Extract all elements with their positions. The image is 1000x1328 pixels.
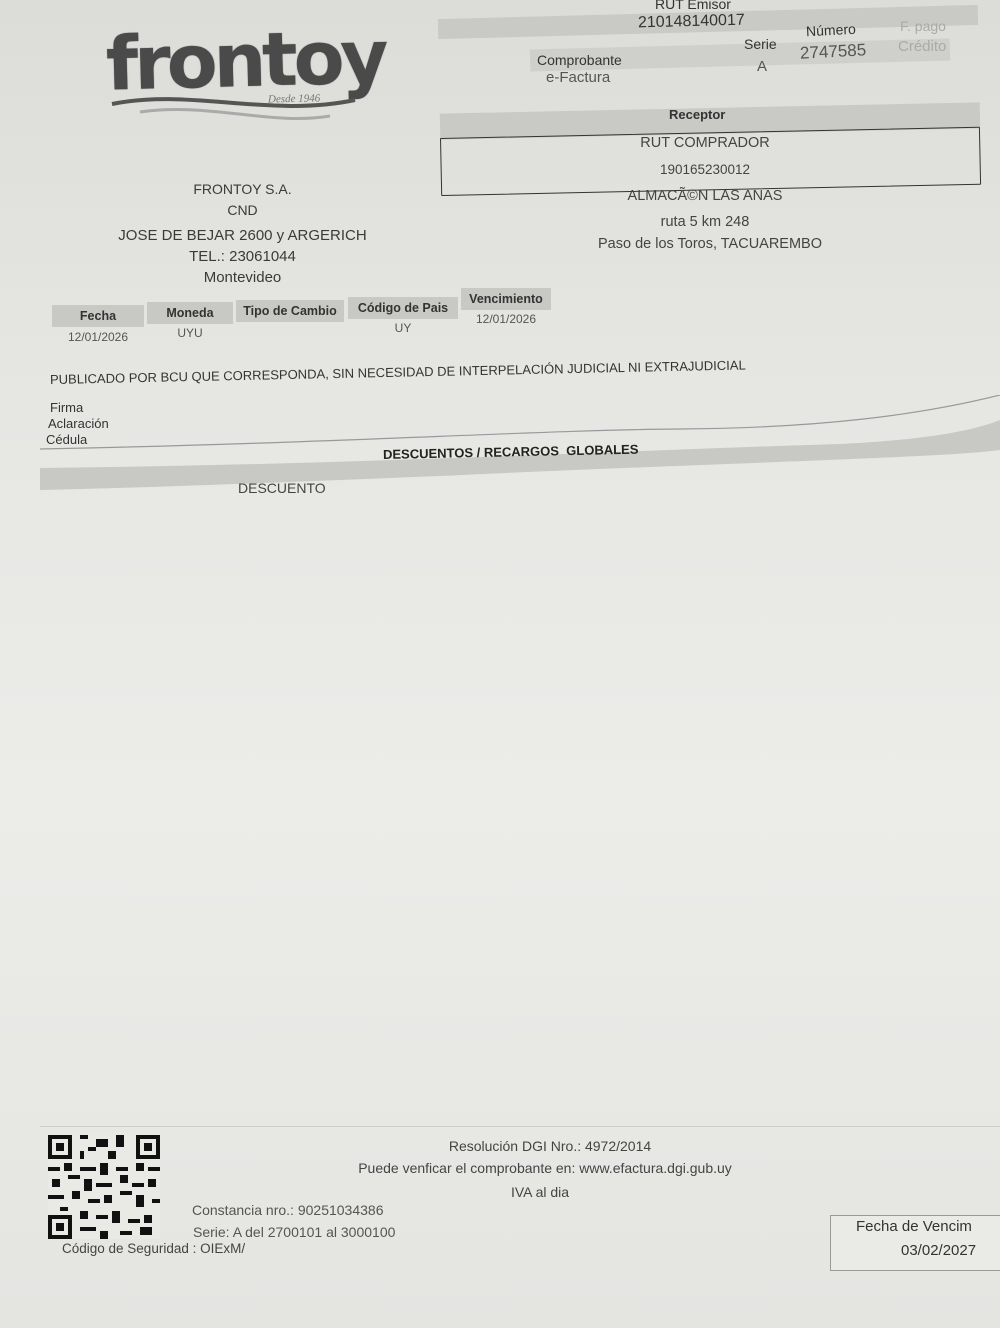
fecha-vencimiento-box: Fecha de Vencim 03/02/2027 [830, 1215, 1000, 1271]
forma-pago-value: Crédito [898, 38, 946, 55]
th-codigo-pais: Código de Pais [348, 297, 458, 319]
th-tipo-cambio: Tipo de Cambio [236, 300, 344, 322]
legal-notice: PUBLICADO POR BCU QUE CORRESPONDA, SIN N… [50, 357, 746, 387]
qr-code-icon [48, 1135, 160, 1239]
receptor-name: ALMACÃ©N LAS ANAS [580, 188, 830, 204]
comprobante-value: e-Factura [546, 69, 610, 86]
constancia-nro: Constancia nro.: 90251034386 [192, 1202, 383, 1218]
emisor-phone: TEL.: 23061044 [90, 246, 395, 267]
forma-pago-label: F. pago [900, 18, 946, 34]
numero-value: 2747585 [800, 40, 867, 63]
rut-comprador-value: 190165230012 [600, 162, 810, 177]
numero-label: Número [806, 21, 857, 40]
emisor-line2: CND [90, 200, 395, 221]
receptor-address: ruta 5 km 248 [580, 214, 830, 230]
descuento-label: DESCUENTO [238, 480, 326, 496]
receptor-title: Receptor [669, 107, 725, 122]
resolucion-dgi: Resolución DGI Nro.: 4972/2014 [380, 1138, 720, 1154]
td-vencimiento: 12/01/2026 [461, 312, 551, 326]
th-fecha: Fecha [52, 305, 144, 327]
iva-al-dia: IVA al dia [460, 1184, 620, 1200]
rut-comprador-label: RUT COMPRADOR [600, 135, 810, 151]
emisor-city: Montevideo [90, 267, 395, 288]
td-fecha: 12/01/2026 [52, 330, 144, 344]
td-codigo-pais: UY [348, 321, 458, 335]
verificar-link[interactable]: Puede venficar el comprobante en: www.ef… [300, 1160, 790, 1176]
th-vencimiento: Vencimiento [461, 288, 551, 310]
logo-swoosh-icon [110, 88, 370, 128]
emisor-name: FRONTOY S.A. [90, 179, 395, 200]
receptor-city: Paso de los Toros, TACUAREMBO [560, 236, 860, 252]
fecha-vencimiento-label: Fecha de Vencim [856, 1218, 972, 1235]
fecha-vencimiento-value: 03/02/2027 [901, 1242, 976, 1259]
codigo-seguridad: Código de Seguridad : OIExM/ [62, 1241, 245, 1256]
rut-emisor-label: RUT Emisor [655, 0, 731, 12]
logo-tagline: Desde 1946 [268, 93, 320, 106]
serie-rango: Serie: A del 2700101 al 3000100 [193, 1224, 395, 1240]
emisor-address: JOSE DE BEJAR 2600 y ARGERICH [90, 225, 395, 246]
td-moneda: UYU [147, 326, 233, 340]
footer-divider [40, 1126, 1000, 1127]
rut-emisor-value: 210148140017 [638, 12, 745, 33]
th-moneda: Moneda [147, 302, 233, 324]
serie-label: Serie [744, 36, 777, 52]
comprobante-label: Comprobante [537, 52, 622, 68]
serie-value: A [757, 58, 767, 75]
emisor-block: FRONTOY S.A. CND JOSE DE BEJAR 2600 y AR… [90, 179, 395, 288]
